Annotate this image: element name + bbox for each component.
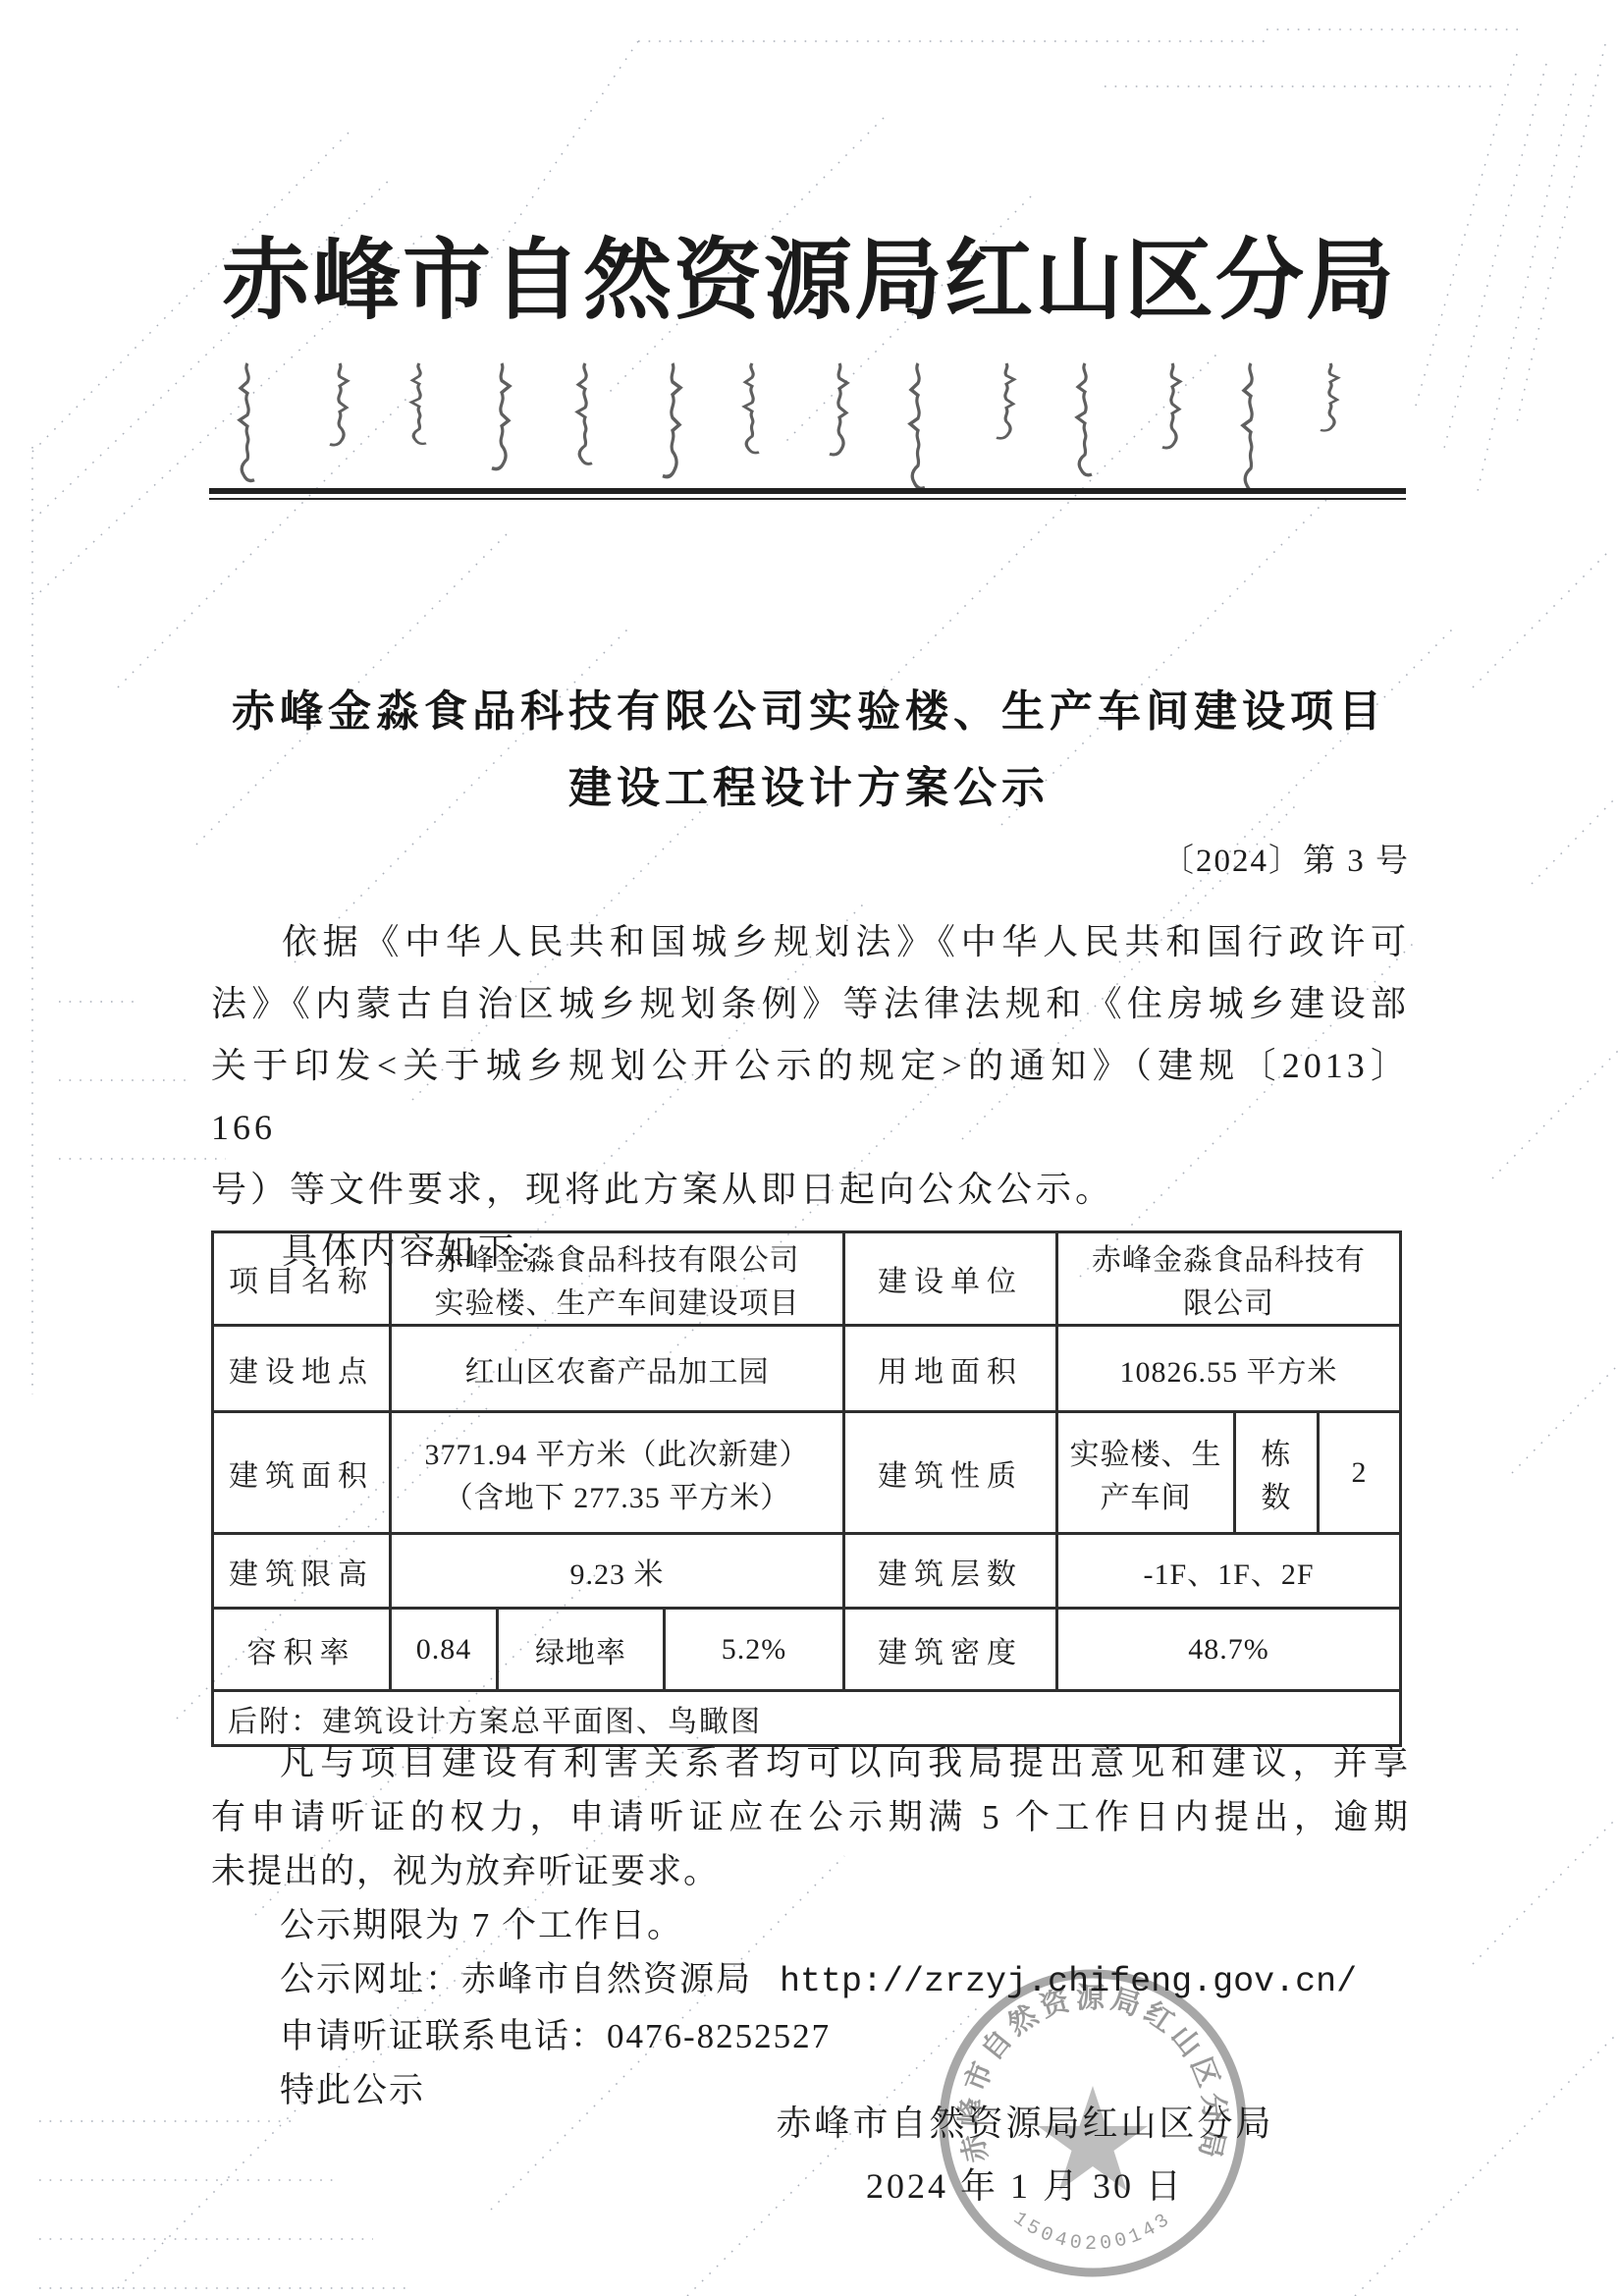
cell-density-value: 48.7% [1057, 1609, 1401, 1691]
intro-paragraph: 依据《中华人民共和国城乡规划法》《中华人民共和国行政许可 法》《内蒙古自治区城乡… [211, 911, 1410, 1283]
cell-project-name-label: 项目名称 [213, 1232, 391, 1326]
table-row: 建筑限高 9.23 米 建筑层数 -1F、1F、2F [213, 1534, 1401, 1609]
cell-green-ratio-value: 5.2% [665, 1609, 844, 1691]
rights-line: 未提出的，视为放弃听证要求。 [211, 1844, 1410, 1898]
signoff-block: 赤峰市自然资源局红山区分局 2024 年 1 月 30 日 [730, 2092, 1320, 2217]
intro-line: 关于印发<关于城乡规划公开公示的规定>的通知》（建规〔2013〕166 [211, 1035, 1410, 1159]
cell-building-count-value: 2 [1319, 1412, 1401, 1534]
cell-far-value: 0.84 [391, 1609, 498, 1691]
cell-height-limit-label: 建筑限高 [213, 1534, 391, 1609]
cell-building-type-value: 实验楼、生 产车间 [1057, 1412, 1235, 1534]
project-details-table: 项目名称 赤峰金淼食品科技有限公司 实验楼、生产车间建设项目 建设单位 赤峰金淼… [211, 1230, 1402, 1747]
cell-floor-area-value: 3771.94 平方米（此次新建） （含地下 277.35 平方米） [391, 1412, 844, 1534]
cell-floor-area-label: 建筑面积 [213, 1412, 391, 1534]
cell-building-type-label: 建筑性质 [844, 1412, 1057, 1534]
letterhead-rule [209, 488, 1406, 500]
intro-line: 号）等文件要求，现将此方案从即日起向公众公示。 [211, 1159, 1410, 1221]
signoff-date: 2024 年 1 月 30 日 [730, 2155, 1320, 2217]
cell-project-name-value: 赤峰金淼食品科技有限公司 实验楼、生产车间建设项目 [391, 1232, 844, 1326]
intro-line: 法》《内蒙古自治区城乡规划条例》等法律法规和《住房城乡建设部 [211, 973, 1410, 1035]
document-number: 〔2024〕第 3 号 [0, 835, 1410, 881]
site-url: http://zrzyj.chifeng.gov.cn/ [780, 1962, 1357, 2001]
cell-building-count-label: 栋 数 [1235, 1412, 1319, 1534]
signoff-org: 赤峰市自然资源局红山区分局 [730, 2092, 1320, 2155]
cell-land-area-value: 10826.55 平方米 [1057, 1326, 1401, 1412]
cell-land-area-label: 用地面积 [844, 1326, 1057, 1412]
cell-builder-value: 赤峰金淼食品科技有 限公司 [1057, 1232, 1401, 1326]
cell-floors-label: 建筑层数 [844, 1534, 1057, 1609]
letterhead-org-name: 赤峰市自然资源局红山区分局 [0, 208, 1618, 336]
cell-far-label: 容积率 [213, 1609, 391, 1691]
cell-location-value: 红山区农畜产品加工园 [391, 1326, 844, 1412]
publicity-period-line: 公示期限为 7 个工作日。 [211, 1898, 1410, 1952]
rights-line: 有申请听证的权力，申请听证应在公示期满 5 个工作日内提出，逾期 [211, 1790, 1410, 1844]
cell-density-label: 建筑密度 [844, 1609, 1057, 1691]
table-row: 项目名称 赤峰金淼食品科技有限公司 实验楼、生产车间建设项目 建设单位 赤峰金淼… [213, 1232, 1401, 1326]
table-row: 建设地点 红山区农畜产品加工园 用地面积 10826.55 平方米 [213, 1326, 1401, 1412]
rights-line: 凡与项目建设有利害关系者均可以向我局提出意见和建议，并享 [211, 1736, 1410, 1790]
document-title-line2: 建设工程设计方案公示 [0, 752, 1618, 815]
cell-green-ratio-label: 绿地率 [498, 1609, 665, 1691]
closing-paragraphs: 凡与项目建设有利害关系者均可以向我局提出意见和建议，并享 有申请听证的权力，申请… [211, 1736, 1410, 2117]
cell-height-limit-value: 9.23 米 [391, 1534, 844, 1609]
cell-floors-value: -1F、1F、2F [1057, 1534, 1401, 1609]
hearing-phone-line: 申请听证联系电话：0476-8252527 [211, 2009, 1410, 2063]
intro-line: 依据《中华人民共和国城乡规划法》《中华人民共和国行政许可 [211, 911, 1410, 973]
publicity-site-line: 公示网址：赤峰市自然资源局http://zrzyj.chifeng.gov.cn… [211, 1952, 1410, 2009]
cell-location-label: 建设地点 [213, 1326, 391, 1412]
table-row: 建筑面积 3771.94 平方米（此次新建） （含地下 277.35 平方米） … [213, 1412, 1401, 1534]
mongolian-script-row [220, 355, 1398, 503]
scanned-document-page: 赤峰市自然资源局红山区分局 赤峰金淼食品科技有限公司实验楼、生产车间建设项目 建… [0, 0, 1618, 2296]
cell-builder-label: 建设单位 [844, 1232, 1057, 1326]
site-label: 公示网址：赤峰市自然资源局 [280, 1960, 752, 1998]
document-title-line1: 赤峰金淼食品科技有限公司实验楼、生产车间建设项目 [0, 676, 1618, 738]
table-row: 容积率 0.84 绿地率 5.2% 建筑密度 48.7% [213, 1609, 1401, 1691]
